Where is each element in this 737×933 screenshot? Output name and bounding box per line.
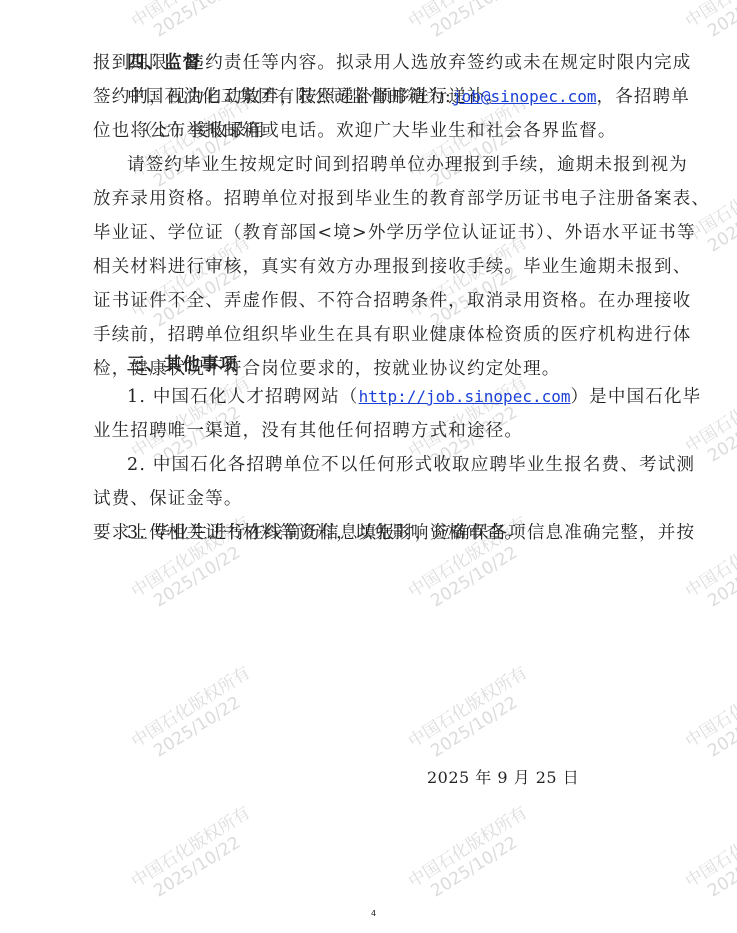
item-3-line-2: 要求上传相关证书材料等资料，以免影响资格审查。 <box>93 522 523 544</box>
recruitment-site-link[interactable]: http://job.sinopec.com <box>359 387 571 406</box>
section-heading-4: 四、监督 <box>127 52 201 74</box>
supervision-line-1: 中国石油化工集团有限公司监督邮箱为:job@sinopec.com，各招聘单 <box>127 86 690 108</box>
supervision-email-link[interactable]: job@sinopec.com <box>452 87 597 106</box>
supervision-line-2: 位也将公布举报邮箱或电话。欢迎广大毕业生和社会各界监督。 <box>93 120 617 142</box>
item-2-line-2: 试费、保证金等。 <box>93 488 243 510</box>
page-number: 4 <box>371 909 376 918</box>
item-1-line-1: 1. 中国石化人才招聘网站（http://job.sinopec.com）是中国… <box>127 386 701 408</box>
section-heading-3: 三、其他事项 <box>127 354 238 376</box>
document-date: 2025 年 9 月 25 日 <box>427 765 579 788</box>
item-1-line-2: 业生招聘唯一渠道，没有其他任何招聘方式和途径。 <box>93 420 523 442</box>
item-2-line-1: 2. 中国石化各招聘单位不以任何形式收取应聘毕业生报名费、考试测 <box>127 454 695 476</box>
